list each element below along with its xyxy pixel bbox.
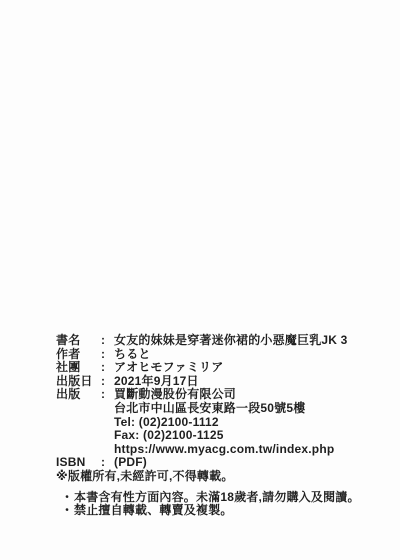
field-row-isbn: ISBN : (PDF) <box>56 456 376 470</box>
isbn-label: ISBN <box>56 456 101 470</box>
bullet-marker: ・ <box>61 491 74 505</box>
publisher-address: 台北市中山區長安東路一段50號5樓 <box>56 402 376 416</box>
title-label: 書名 <box>56 334 101 348</box>
publisher-fax: Fax: (02)2100-1125 <box>56 429 376 443</box>
field-row-publisher: 出版 : 買斷動漫股份有限公司 <box>56 388 376 402</box>
notices-block: ・ 本書含有性方面內容。未滿18歲者,請勿購入及閱讀。 ・ 禁止擅自轉載、轉賣及… <box>56 491 376 518</box>
book-title: 女友的妹妹是穿著迷你裙的小惡魔巨乳JK 3 <box>114 334 348 348</box>
separator: : <box>101 375 114 389</box>
separator: : <box>101 361 114 375</box>
notice-no-redistribution: ・ 禁止擅自轉載、轉賣及複製。 <box>56 504 376 518</box>
separator: : <box>101 388 114 402</box>
isbn-value: (PDF) <box>114 456 147 470</box>
circle-name: アオヒモファミリア <box>114 361 223 375</box>
copyright-note: ※版權所有,未經許可,不得轉載。 <box>56 470 376 484</box>
author-name: ちると <box>114 348 151 362</box>
separator: : <box>101 348 114 362</box>
circle-label: 社團 <box>56 361 101 375</box>
separator: : <box>101 456 114 470</box>
publisher-url: https://www.myacg.com.tw/index.php <box>56 443 376 457</box>
field-row-title: 書名 : 女友的妹妹是穿著迷你裙的小惡魔巨乳JK 3 <box>56 334 376 348</box>
publication-info-block: 書名 : 女友的妹妹是穿著迷你裙的小惡魔巨乳JK 3 作者 : ちると 社團 :… <box>56 334 376 518</box>
publisher-name: 買斷動漫股份有限公司 <box>114 388 236 402</box>
separator: : <box>101 334 114 348</box>
colophon-page: 書名 : 女友的妹妹是穿著迷你裙的小惡魔巨乳JK 3 作者 : ちると 社團 :… <box>0 0 400 560</box>
bullet-marker: ・ <box>61 504 74 518</box>
notice-text: 禁止擅自轉載、轉賣及複製。 <box>74 504 233 518</box>
field-row-author: 作者 : ちると <box>56 348 376 362</box>
publisher-tel: Tel: (02)2100-1112 <box>56 416 376 430</box>
publisher-label: 出版 <box>56 388 101 402</box>
field-row-circle: 社團 : アオヒモファミリア <box>56 361 376 375</box>
